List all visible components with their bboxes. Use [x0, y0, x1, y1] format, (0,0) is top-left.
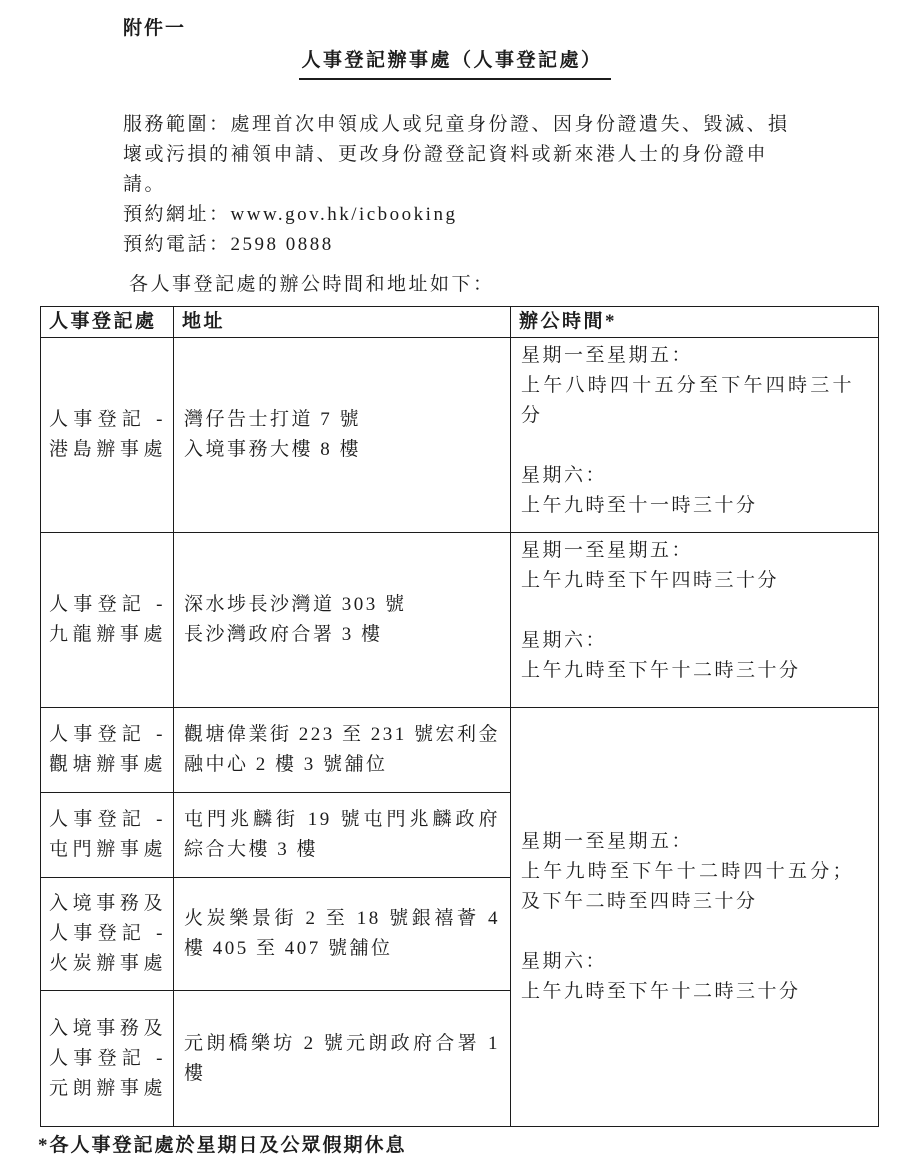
service-scope-text: 服務範圍：處理首次申領成人或兒童身份證、因身份證遺失、毀滅、損壞或污損的補領申請…	[123, 110, 799, 200]
office-address-cell: 火炭樂景街 2 至 18 號銀禧薈 4 樓 405 至 407 號舖位	[174, 878, 511, 991]
office-hours-cell: 星期一至星期五： 上午九時至下午四時三十分 星期六： 上午九時至下午十二時三十分	[511, 533, 879, 708]
office-name-cell: 入境事務及 人事登記 - 火炭辦事處	[41, 878, 174, 991]
booking-phone-text: 預約電話：2598 0888	[123, 230, 799, 260]
office-address-cell: 屯門兆麟街 19 號屯門兆麟政府綜合大樓 3 樓	[174, 793, 511, 878]
intro-block: 服務範圍：處理首次申領成人或兒童身份證、因身份證遺失、毀滅、損壞或污損的補領申請…	[123, 110, 799, 260]
table-row-hong-kong-island: 人事登記 - 港島辦事處 灣仔告士打道 7 號 入境事務大樓 8 樓 星期一至星…	[41, 338, 879, 533]
table-row-kowloon: 人事登記 - 九龍辦事處 深水埗長沙灣道 303 號 長沙灣政府合署 3 樓 星…	[41, 533, 879, 708]
table-row-kwun-tong: 人事登記 - 觀塘辦事處 觀塘偉業街 223 至 231 號宏利金融中心 2 樓…	[41, 708, 879, 793]
office-name-cell: 人事登記 - 觀塘辦事處	[41, 708, 174, 793]
office-address-cell: 元朗橋樂坊 2 號元朗政府合署 1 樓	[174, 991, 511, 1127]
office-address-cell: 灣仔告士打道 7 號 入境事務大樓 8 樓	[174, 338, 511, 533]
office-name-cell: 入境事務及 人事登記 - 元朗辦事處	[41, 991, 174, 1127]
office-name-cell: 人事登記 - 屯門辦事處	[41, 793, 174, 878]
header-address: 地址	[174, 307, 511, 338]
footnote-text: *各人事登記處於星期日及公眾假期休息	[38, 1131, 910, 1156]
header-hours: 辦公時間*	[511, 307, 879, 338]
appendix-label: 附件一	[123, 16, 910, 42]
office-address-cell: 深水埗長沙灣道 303 號 長沙灣政府合署 3 樓	[174, 533, 511, 708]
table-intro-text: 各人事登記處的辦公時間和地址如下：	[129, 270, 910, 300]
office-name-cell: 人事登記 - 港島辦事處	[41, 338, 174, 533]
document-title: 人事登記辦事處（人事登記處）	[299, 46, 610, 80]
document-page: 附件一 人事登記辦事處（人事登記處） 服務範圍：處理首次申領成人或兒童身份證、因…	[0, 0, 910, 1156]
office-name-cell: 人事登記 - 九龍辦事處	[41, 533, 174, 708]
header-office: 人事登記處	[41, 307, 174, 338]
merged-hours-cell: 星期一至星期五： 上午九時至下午十二時四十五分；及下午二時至四時三十分 星期六：…	[511, 708, 879, 1127]
office-hours-cell: 星期一至星期五： 上午八時四十五分至下午四時三十分 星期六： 上午九時至十一時三…	[511, 338, 879, 533]
title-row: 人事登記辦事處（人事登記處）	[0, 46, 910, 80]
offices-table: 人事登記處 地址 辦公時間* 人事登記 - 港島辦事處 灣仔告士打道 7 號 入…	[40, 306, 879, 1127]
office-address-cell: 觀塘偉業街 223 至 231 號宏利金融中心 2 樓 3 號舖位	[174, 708, 511, 793]
booking-website-text: 預約網址：www.gov.hk/icbooking	[123, 200, 799, 230]
table-header-row: 人事登記處 地址 辦公時間*	[41, 307, 879, 338]
